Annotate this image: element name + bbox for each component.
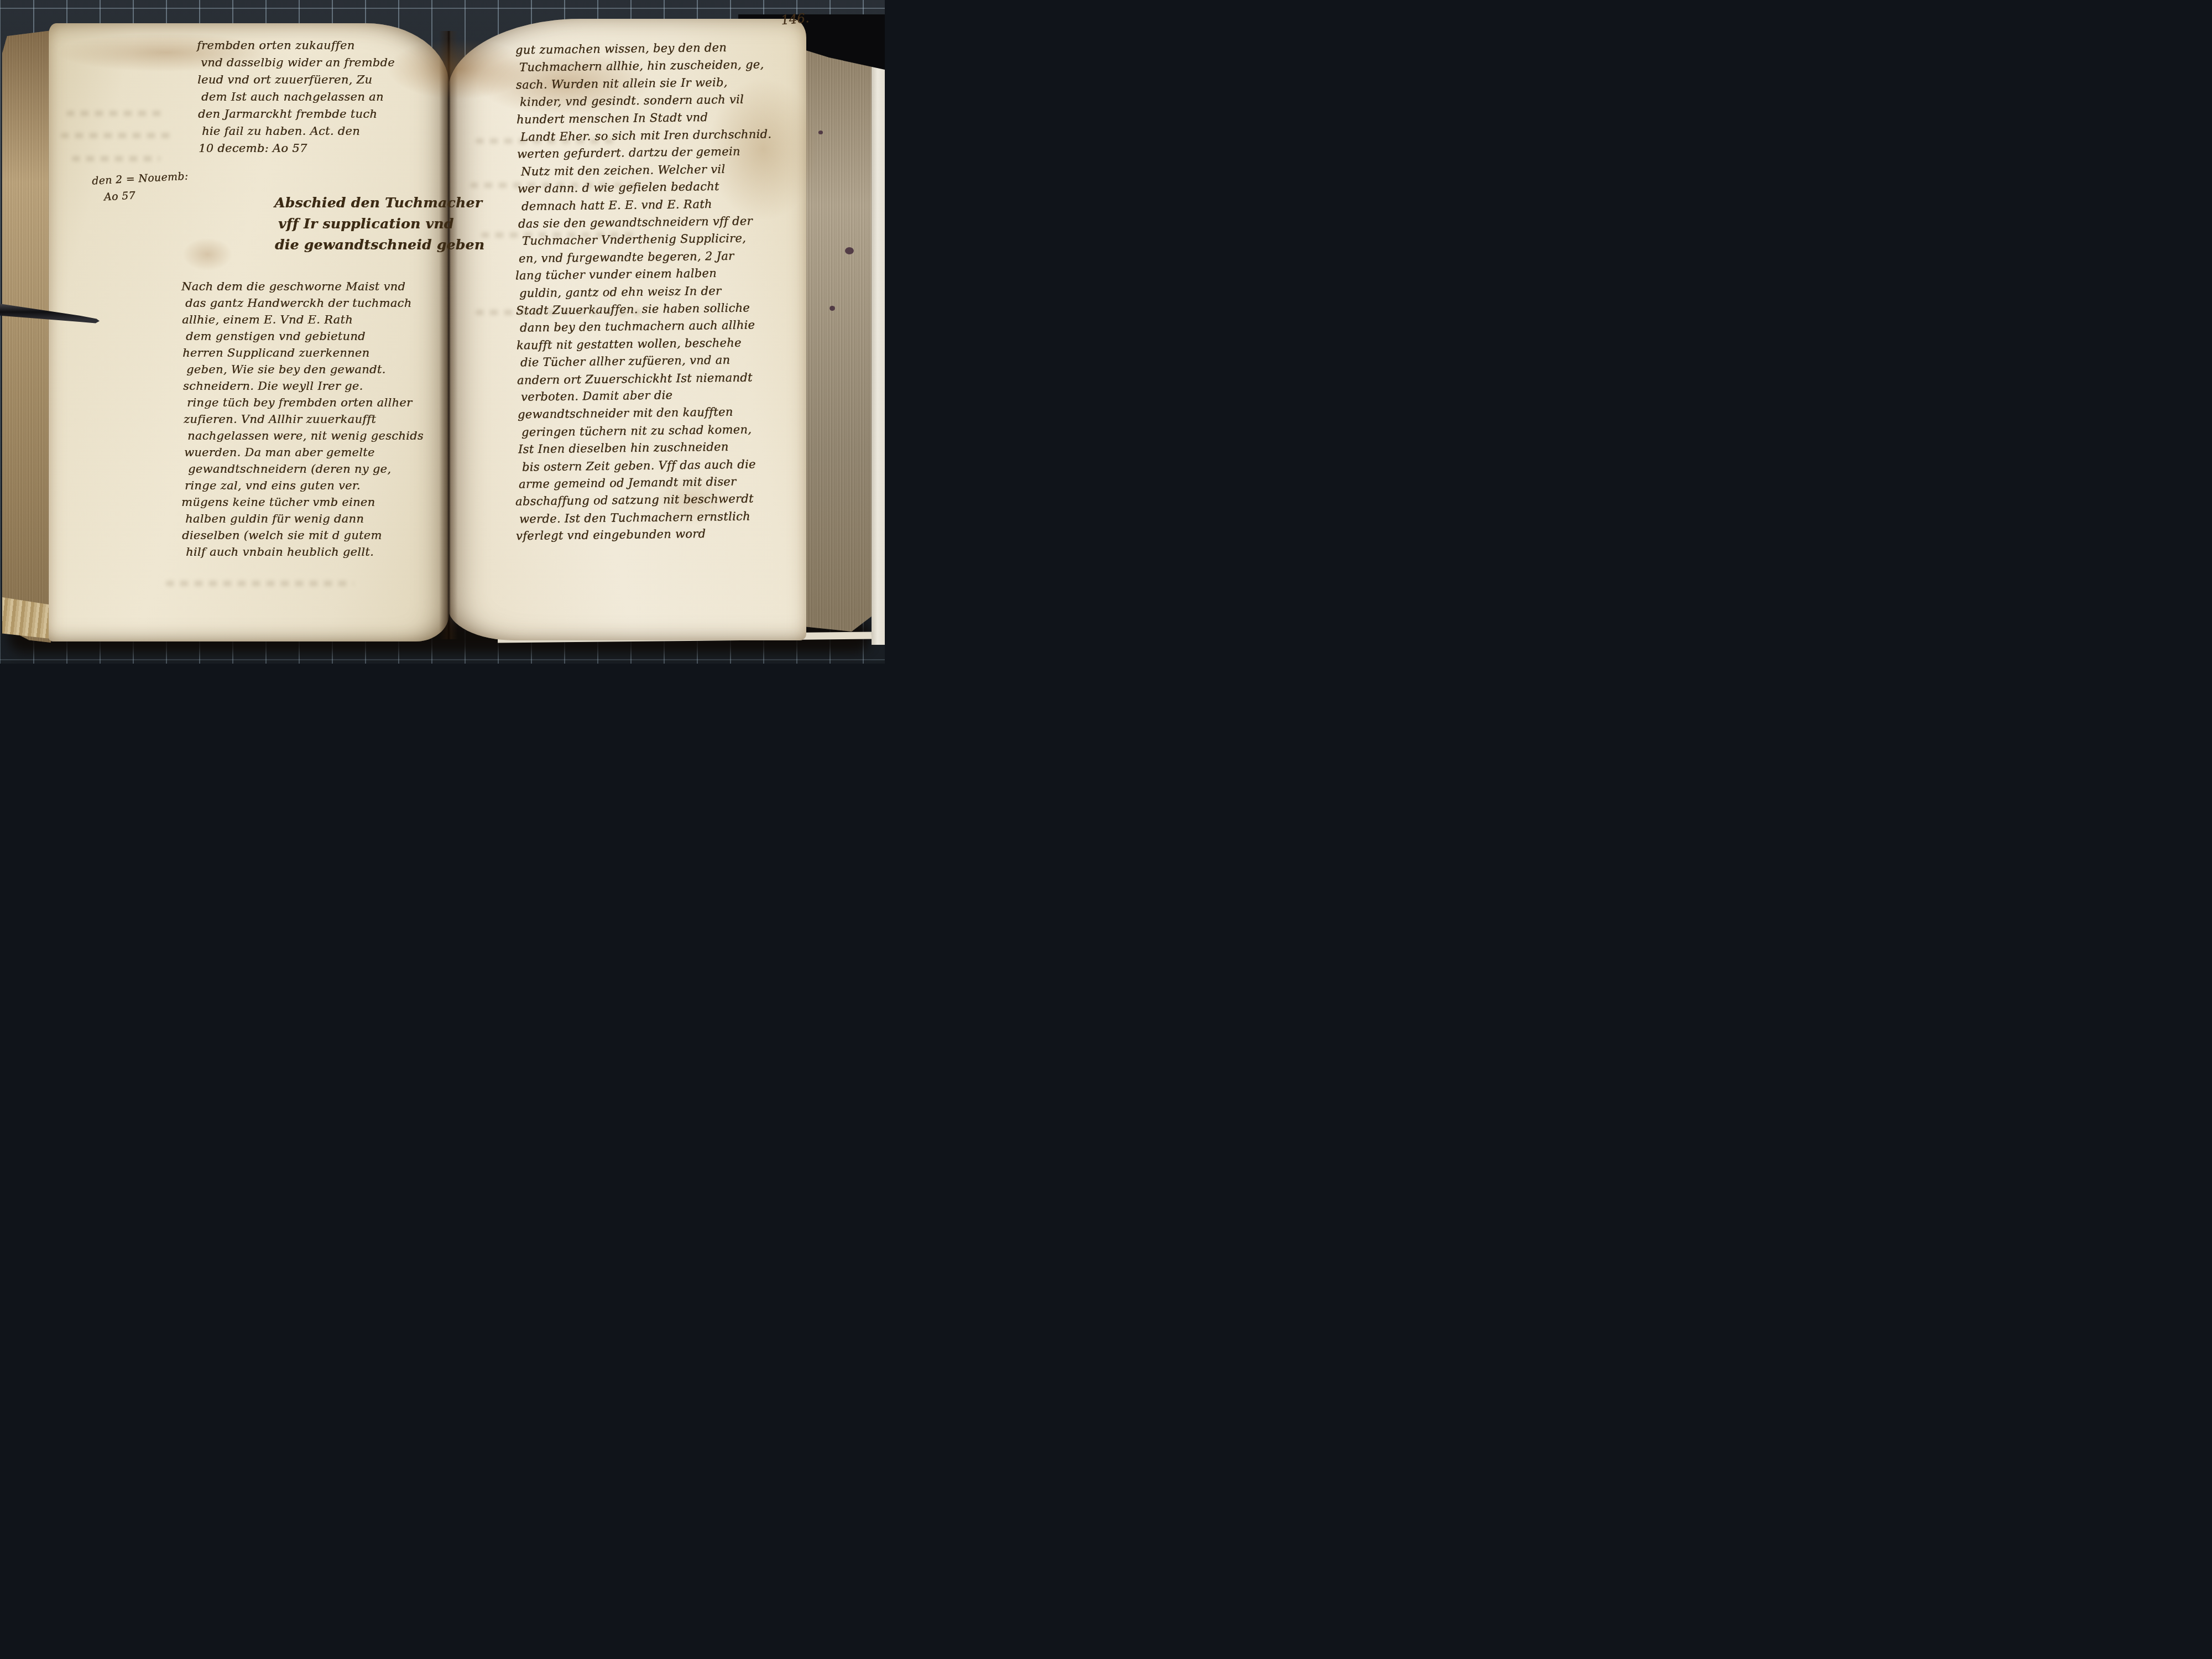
left-fore-edge	[2, 29, 51, 643]
manuscript-line: geringen tüchern nit zu schad komen,	[521, 422, 752, 439]
book-gutter	[439, 31, 458, 639]
manuscript-line: sach. Wurden nit allein sie Ir weib,	[516, 75, 728, 91]
manuscript-line: Abschied den Tuchmacher	[274, 195, 482, 211]
bleed-through-text	[166, 581, 354, 586]
mat-seam-bottom	[0, 659, 885, 660]
manuscript-line: arme gemeind od Jemandt mit diser	[519, 475, 737, 491]
ink-blot	[845, 247, 854, 254]
manuscript-line: vnd dasselbig wider an frembde	[201, 56, 395, 69]
mat-seam-top	[0, 8, 885, 9]
manuscript-line: en, vnd furgewandte begeren, 2 Jar	[519, 249, 734, 265]
manuscript-line: halben guldin für wenig dann	[185, 512, 364, 525]
manuscript-line: schneidern. Die weyll Irer ge.	[183, 379, 363, 393]
manuscript-line: nachgelassen were, nit wenig geschids	[187, 429, 424, 442]
manuscript-line: Nutz mit den zeichen. Welcher vil	[521, 163, 726, 179]
manuscript-line: hundert menschen In Stadt vnd	[517, 110, 708, 126]
manuscript-line: den Jarmarckht frembde tuch	[198, 107, 377, 121]
ink-blot	[830, 306, 835, 311]
manuscript-line: demnach hatt E. E. vnd E. Rath	[521, 197, 712, 212]
bleed-through-text	[66, 111, 166, 116]
manuscript-line: kaufft nit gestatten wollen, beschehe	[517, 336, 742, 352]
manuscript-line: werde. Ist den Tuchmachern ernstlich	[519, 509, 750, 525]
manuscript-line: lang tücher vunder einem halben	[515, 267, 717, 282]
right-fore-edge	[805, 22, 872, 632]
manuscript-line: Nach dem die geschworne Maist vnd	[181, 280, 405, 293]
manuscript-line: gut zumachen wissen, bey den den	[515, 41, 727, 57]
manuscript-line: wuerden. Da man aber gemelte	[184, 446, 375, 459]
manuscript-line: wer dann. d wie gefielen bedacht	[518, 180, 719, 195]
manuscript-line: hilf auch vnbain heublich gellt.	[186, 545, 374, 559]
manuscript-photo-scene: frembden orten zukauffenvnd dasselbig wi…	[0, 0, 885, 664]
folio-number: 146.	[780, 11, 810, 28]
manuscript-line: zufieren. Vnd Allhir zuuerkaufft	[184, 413, 376, 426]
bleed-through-text	[61, 133, 171, 138]
manuscript-line: hie fail zu haben. Act. den	[202, 124, 360, 138]
manuscript-line: mügens keine tücher vmb einen	[181, 495, 375, 509]
manuscript-line: die Tücher allher zufüeren, vnd an	[520, 353, 731, 369]
manuscript-line: vff Ir supplication vnd	[278, 216, 454, 232]
manuscript-line: gewandtschneidern (deren ny ge,	[188, 462, 391, 476]
bleed-through-text	[72, 156, 160, 161]
manuscript-line: andern ort Zuuerschickht Ist niemandt	[517, 371, 753, 387]
manuscript-line: das gantz Handwerckh der tuchmach	[185, 296, 411, 310]
manuscript-line: verboten. Damit aber die	[521, 388, 672, 403]
manuscript-line: dieselben (welch sie mit d gutem	[182, 529, 382, 542]
manuscript-line: guldin, gantz od ehn weisz In der	[519, 284, 722, 299]
loose-page-edge-right	[872, 65, 885, 645]
manuscript-line: bis ostern Zeit geben. Vff das auch die	[522, 457, 756, 473]
manuscript-line: leud vnd ort zuuerfüeren, Zu	[197, 73, 372, 86]
manuscript-line: ringe zal, vnd eins guten ver.	[185, 479, 361, 492]
manuscript-line: dem genstigen vnd gebietund	[186, 330, 366, 343]
manuscript-line: allhie, einem E. Vnd E. Rath	[182, 313, 353, 326]
manuscript-line: herren Supplicand zuerkennen	[182, 346, 369, 359]
manuscript-line: geben, Wie sie bey den gewandt.	[186, 363, 385, 376]
ink-blot	[818, 131, 823, 134]
manuscript-line: vferlegt vnd eingebunden word	[516, 527, 706, 542]
manuscript-line: ringe tüch bey frembden orten allher	[187, 396, 412, 409]
margin-note-year: Ao 57	[103, 190, 135, 204]
manuscript-line: frembden orten zukauffen	[197, 39, 354, 52]
manuscript-line: Ist Inen dieselben hin zuschneiden	[518, 440, 729, 456]
manuscript-line: 10 decemb: Ao 57	[199, 142, 307, 155]
manuscript-line: die gewandtschneid geben	[275, 237, 484, 253]
manuscript-line: dem Ist auch nachgelassen an	[201, 90, 384, 103]
